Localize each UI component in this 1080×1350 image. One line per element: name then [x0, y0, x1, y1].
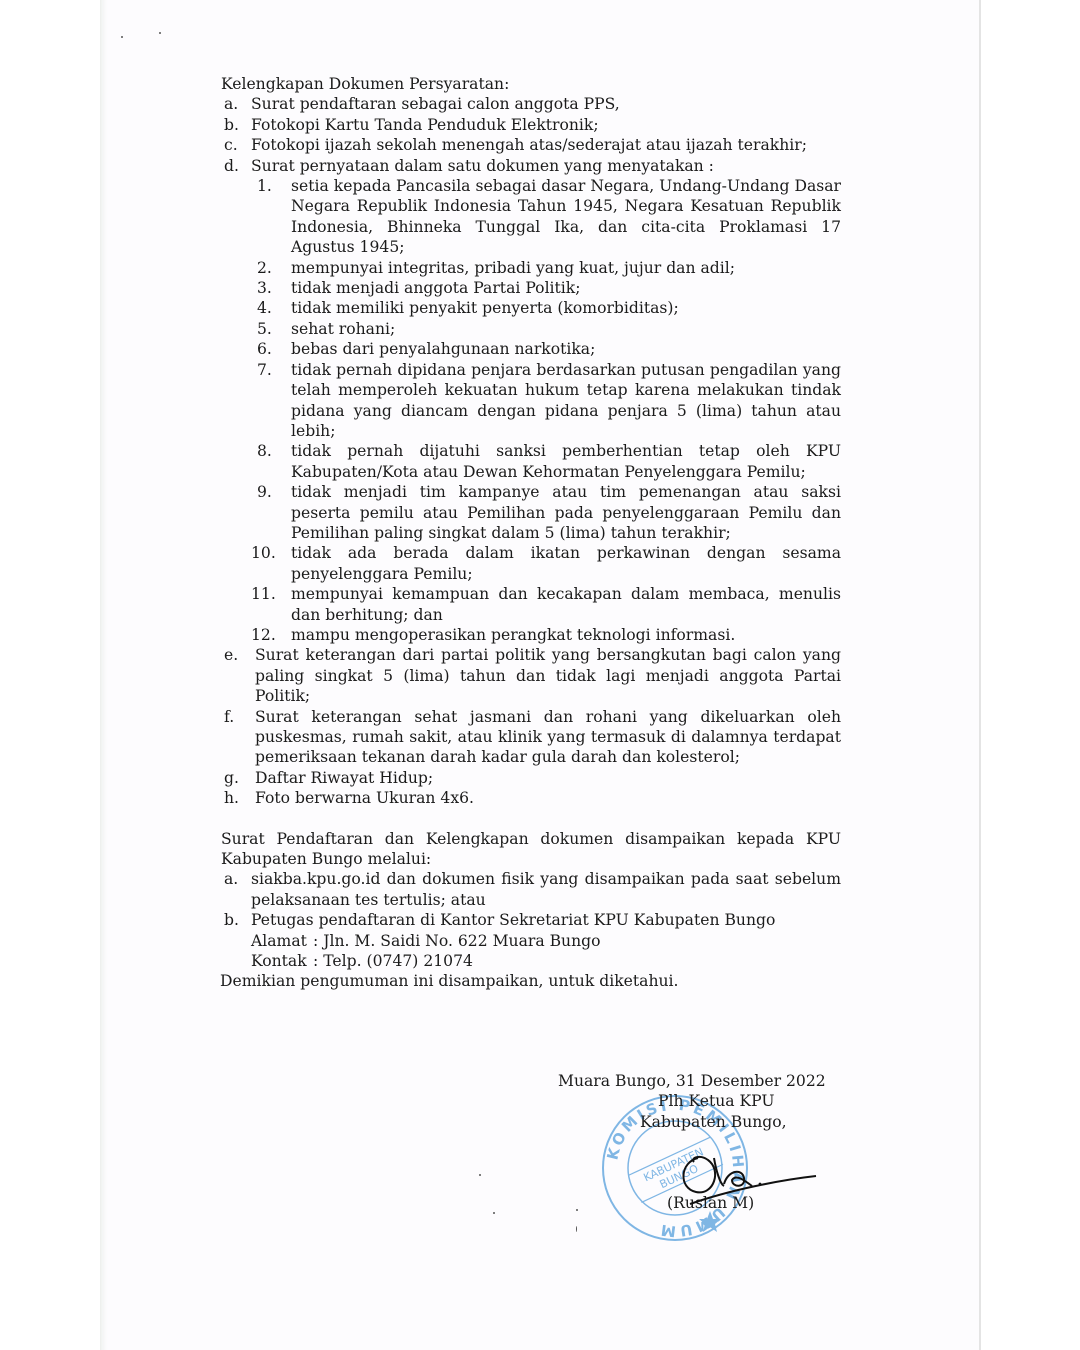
signatory-title: Plh Ketua KPU: [540, 1091, 860, 1111]
item-text: Daftar Riwayat Hidup;: [251, 768, 841, 788]
submission-method: a. siakba.kpu.go.id dan dokumen fisik ya…: [221, 869, 841, 910]
requirements-list: a. Surat pendaftaran sebagai calon anggo…: [221, 94, 841, 808]
item-text: tidak memiliki penyakit penyerta (komorb…: [291, 298, 841, 318]
item-text: mempunyai kemampuan dan kecakapan dalam …: [291, 584, 841, 625]
statement-item: 1.setia kepada Pancasila sebagai dasar N…: [251, 176, 841, 258]
item-label: 2.: [251, 258, 291, 278]
statement-item: 8.tidak pernah dijatuhi sanksi pemberhen…: [251, 441, 841, 482]
item-label: g.: [221, 768, 251, 788]
item-label: 11.: [251, 584, 291, 625]
signatory-region: Kabupaten Bungo,: [540, 1112, 860, 1132]
requirement-item: f.Surat keterangan sehat jasmani dan roh…: [221, 707, 841, 768]
item-text: tidak pernah dipidana penjara berdasarka…: [291, 360, 841, 442]
item-text: Surat pendaftaran sebagai calon anggota …: [251, 94, 841, 114]
item-text: mampu mengoperasikan perangkat teknologi…: [291, 625, 841, 645]
scan-speck: [159, 32, 161, 34]
item-text: tidak menjadi anggota Partai Politik;: [291, 278, 841, 298]
handwritten-signature-icon: [670, 1140, 820, 1210]
requirements-heading: Kelengkapan Dokumen Persyaratan:: [221, 74, 841, 94]
document-body: Kelengkapan Dokumen Persyaratan: a. Sura…: [221, 74, 841, 992]
statement-item: 7.tidak pernah dipidana penjara berdasar…: [251, 360, 841, 442]
requirement-item: c. Fotokopi ijazah sekolah menengah atas…: [221, 135, 841, 155]
item-text: Surat pernyataan dalam satu dokumen yang…: [251, 156, 841, 176]
requirement-item: a. Surat pendaftaran sebagai calon anggo…: [221, 94, 841, 114]
scan-speck: [493, 1212, 495, 1214]
phone-value: : Telp. (0747) 21074: [313, 951, 473, 971]
phone-label: Kontak: [251, 951, 313, 971]
item-text: setia kepada Pancasila sebagai dasar Neg…: [291, 176, 841, 258]
item-text: tidak menjadi tim kampanye atau tim peme…: [291, 482, 841, 543]
requirement-item: d. Surat pernyataan dalam satu dokumen y…: [221, 156, 841, 176]
statement-item: 10.tidak ada berada dalam ikatan perkawi…: [251, 543, 841, 584]
statement-item: 2.mempunyai integritas, pribadi yang kua…: [251, 258, 841, 278]
closing-statement: Demikian pengumuman ini disampaikan, unt…: [220, 971, 841, 991]
item-label: 12.: [251, 625, 291, 645]
item-label: b.: [221, 115, 251, 135]
item-text: bebas dari penyalahgunaan narkotika;: [291, 339, 841, 359]
requirements-rest: e.Surat keterangan dari partai politik y…: [221, 645, 841, 808]
submission-intro: Surat Pendaftaran dan Kelengkapan dokume…: [221, 829, 841, 870]
requirement-item: b. Fotokopi Kartu Tanda Penduduk Elektro…: [221, 115, 841, 135]
item-text: Surat keterangan sehat jasmani dan rohan…: [251, 707, 841, 768]
item-label: 3.: [251, 278, 291, 298]
item-label: 1.: [251, 176, 291, 258]
item-text: Petugas pendaftaran di Kantor Sekretaria…: [251, 910, 841, 930]
item-text: Fotokopi Kartu Tanda Penduduk Elektronik…: [251, 115, 841, 135]
statement-item: 11.mempunyai kemampuan dan kecakapan dal…: [251, 584, 841, 625]
scan-speck: [121, 36, 123, 38]
item-label: h.: [221, 788, 251, 808]
item-label: c.: [221, 135, 251, 155]
item-label: 6.: [251, 339, 291, 359]
statement-item: 6.bebas dari penyalahgunaan narkotika;: [251, 339, 841, 359]
item-label: f.: [221, 707, 251, 768]
requirement-item: h.Foto berwarna Ukuran 4x6.: [221, 788, 841, 808]
scan-speck: [479, 1174, 481, 1176]
statements-list: 1.setia kepada Pancasila sebagai dasar N…: [251, 176, 841, 645]
requirement-item: g.Daftar Riwayat Hidup;: [221, 768, 841, 788]
item-text: sehat rohani;: [291, 319, 841, 339]
item-label: a.: [221, 94, 251, 114]
item-text: tidak pernah dijatuhi sanksi pemberhenti…: [291, 441, 841, 482]
item-text: Foto berwarna Ukuran 4x6.: [251, 788, 841, 808]
statement-item: 5.sehat rohani;: [251, 319, 841, 339]
item-label: b.: [221, 910, 251, 930]
statement-item: 4.tidak memiliki penyakit penyerta (komo…: [251, 298, 841, 318]
statement-item: 12.mampu mengoperasikan perangkat teknol…: [251, 625, 841, 645]
item-label: 4.: [251, 298, 291, 318]
statement-item: 9.tidak menjadi tim kampanye atau tim pe…: [251, 482, 841, 543]
item-label: 9.: [251, 482, 291, 543]
item-label: 8.: [251, 441, 291, 482]
item-label: d.: [221, 156, 251, 176]
scan-speck: [576, 1226, 577, 1232]
item-text: Surat keterangan dari partai politik yan…: [251, 645, 841, 706]
statement-item: 3.tidak menjadi anggota Partai Politik;: [251, 278, 841, 298]
submission-method: b. Petugas pendaftaran di Kantor Sekreta…: [221, 910, 841, 930]
place-date: Muara Bungo, 31 Desember 2022: [540, 1071, 860, 1091]
address-label: Alamat: [251, 931, 313, 951]
item-label: 5.: [251, 319, 291, 339]
item-label: 7.: [251, 360, 291, 442]
item-text: Fotokopi ijazah sekolah menengah atas/se…: [251, 135, 841, 155]
item-text: mempunyai integritas, pribadi yang kuat,…: [291, 258, 841, 278]
phone-row: Kontak : Telp. (0747) 21074: [221, 951, 841, 971]
item-label: e.: [221, 645, 251, 706]
item-text: tidak ada berada dalam ikatan perkawinan…: [291, 543, 841, 584]
requirement-item: e.Surat keterangan dari partai politik y…: [221, 645, 841, 706]
address-value: : Jln. M. Saidi No. 622 Muara Bungo: [313, 931, 601, 951]
item-label: 10.: [251, 543, 291, 584]
item-label: a.: [221, 869, 251, 910]
item-text: siakba.kpu.go.id dan dokumen fisik yang …: [251, 869, 841, 910]
address-row: Alamat : Jln. M. Saidi No. 622 Muara Bun…: [221, 931, 841, 951]
